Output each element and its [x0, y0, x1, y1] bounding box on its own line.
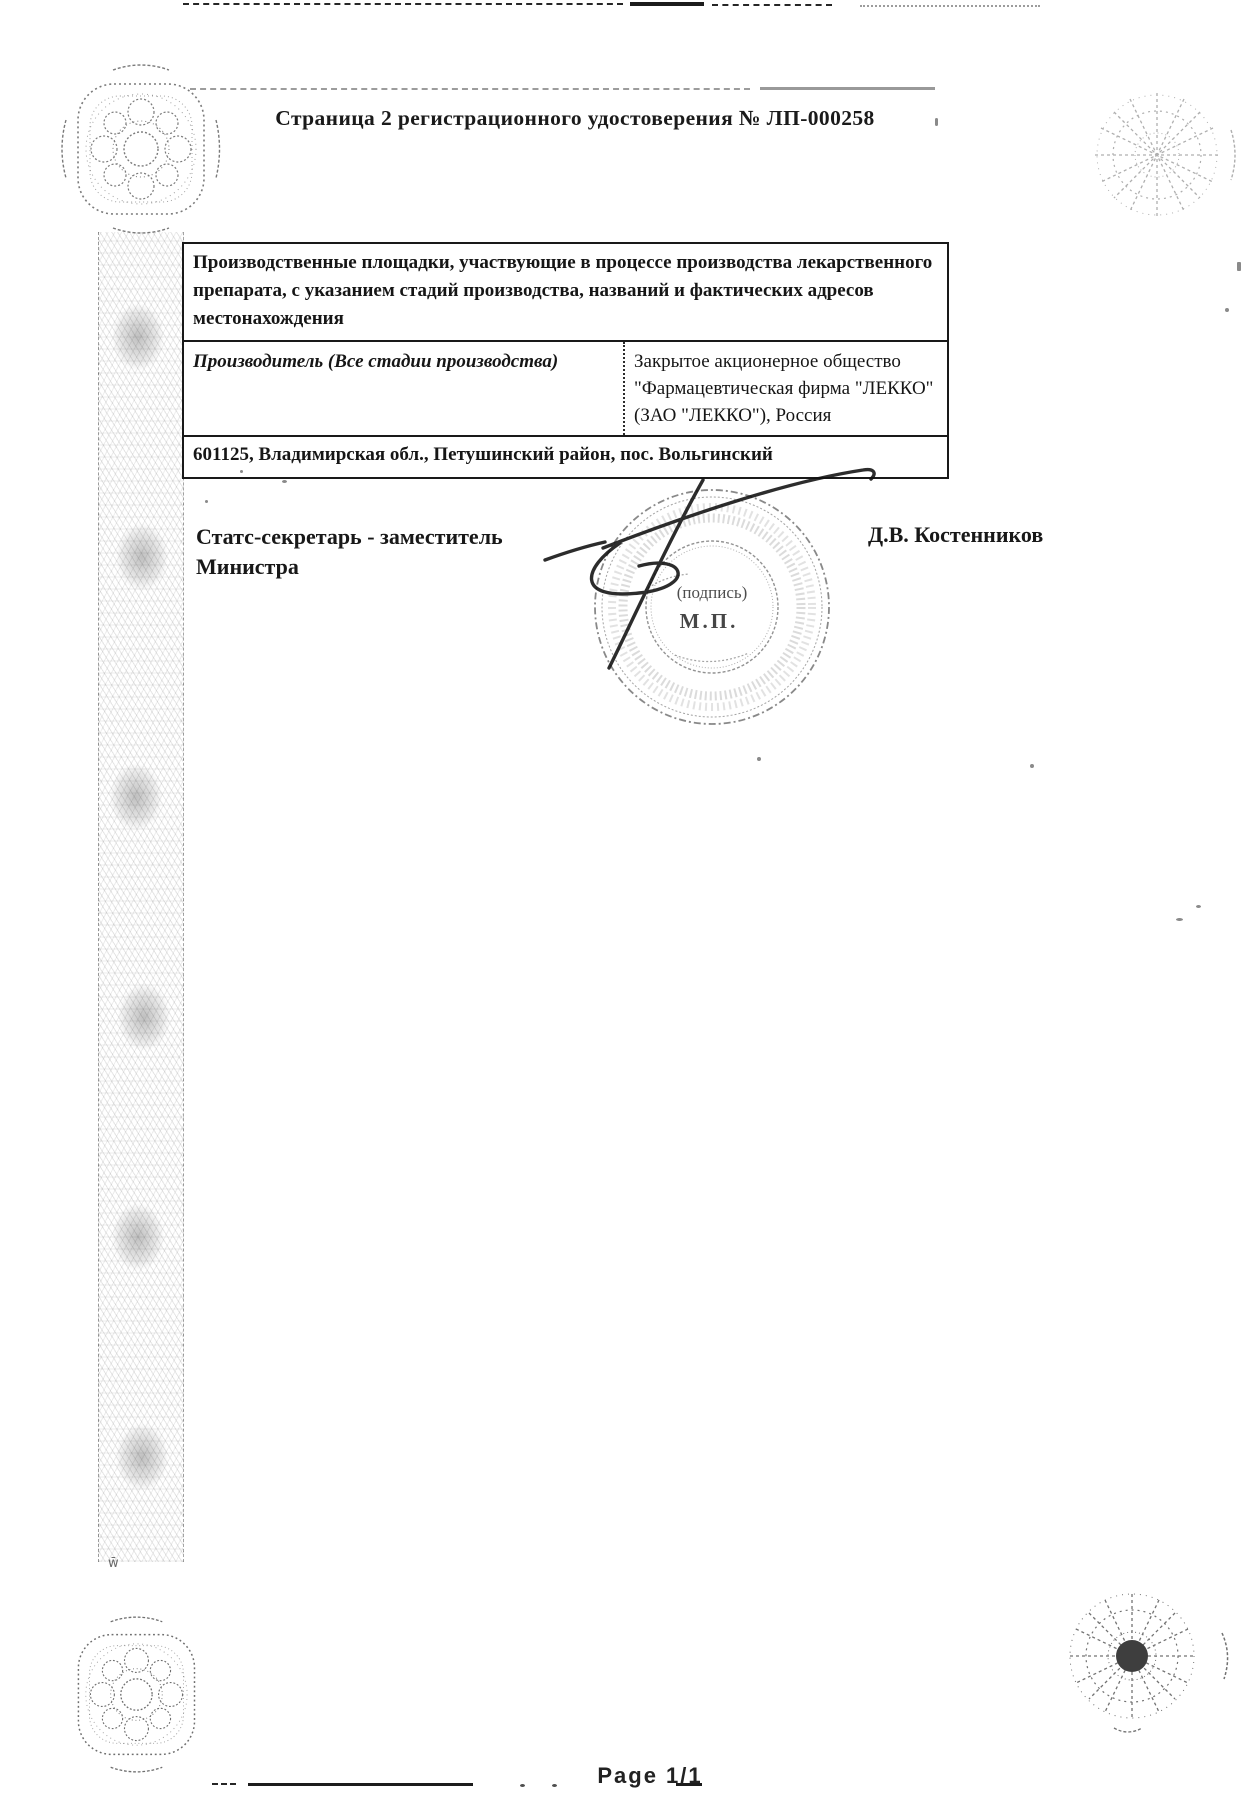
scan-speck — [1225, 308, 1229, 312]
signatory-role: Статс-секретарь - заместитель Министра — [196, 522, 536, 582]
guilloche-rosette-topleft-icon — [58, 60, 223, 238]
scan-speck — [1176, 918, 1183, 921]
scan-speck — [1237, 262, 1241, 271]
page-title: Страница 2 регистрационного удостоверени… — [180, 106, 970, 131]
scanned-certificate-page: ᴡ̄ Страница 2 регистрационного удостовер… — [0, 0, 1253, 1800]
top-edge-dashes — [183, 3, 623, 5]
left-security-band — [98, 232, 184, 1562]
signatory-name: Д.В. Костенников — [868, 522, 1108, 548]
bottom-edge-dash-short — [212, 1783, 236, 1785]
scan-speck — [935, 118, 938, 126]
guilloche-starburst-bottomright-icon — [1062, 1588, 1242, 1778]
stamp-signature-label: (подпись) — [677, 583, 748, 602]
bottom-edge-dash-long — [248, 1783, 473, 1786]
page-number-footer: Page 1/1 — [500, 1763, 800, 1789]
band-moire-patch — [103, 1192, 173, 1282]
band-moire-patch — [101, 752, 171, 842]
stamp-seal-icon — [595, 490, 829, 724]
guilloche-rosette-bottomleft-icon — [60, 1612, 212, 1777]
scan-speck — [240, 470, 243, 473]
signatory-role-line2: Министра — [196, 552, 536, 582]
scan-speck — [1030, 764, 1034, 768]
guilloche-starburst-topright-icon — [1085, 75, 1240, 240]
top-edge-dashes-right — [712, 4, 832, 6]
scan-speck — [1196, 905, 1201, 908]
scan-speck — [282, 480, 287, 483]
band-moire-patch — [107, 512, 177, 602]
producer-label-cell: Производитель (Все стадии производства) — [184, 342, 625, 435]
top-edge-dots-far-right — [860, 5, 1040, 7]
table-row: Производитель (Все стадии производства) … — [184, 340, 947, 435]
scan-mark-w: ᴡ̄ — [108, 1556, 121, 1571]
sub-top-frame-bold — [760, 87, 935, 90]
registry-black-dot — [1116, 1640, 1148, 1672]
band-moire-patch — [107, 1412, 177, 1502]
top-edge-bold-dash — [630, 2, 704, 6]
band-moire-patch — [103, 292, 173, 382]
producer-value-cell: Закрытое акционерное общество "Фармацевт… — [625, 342, 947, 435]
scan-speck — [205, 500, 208, 503]
scan-speck — [757, 757, 761, 761]
table-header-cell: Производственные площадки, участвующие в… — [184, 244, 947, 340]
sub-top-frame-line — [190, 88, 750, 90]
signatory-role-line1: Статс-секретарь - заместитель — [196, 522, 536, 552]
band-moire-patch — [109, 972, 179, 1062]
official-stamp: (подпись) М.П. — [525, 440, 895, 770]
stamp-seal-label: М.П. — [680, 609, 739, 633]
